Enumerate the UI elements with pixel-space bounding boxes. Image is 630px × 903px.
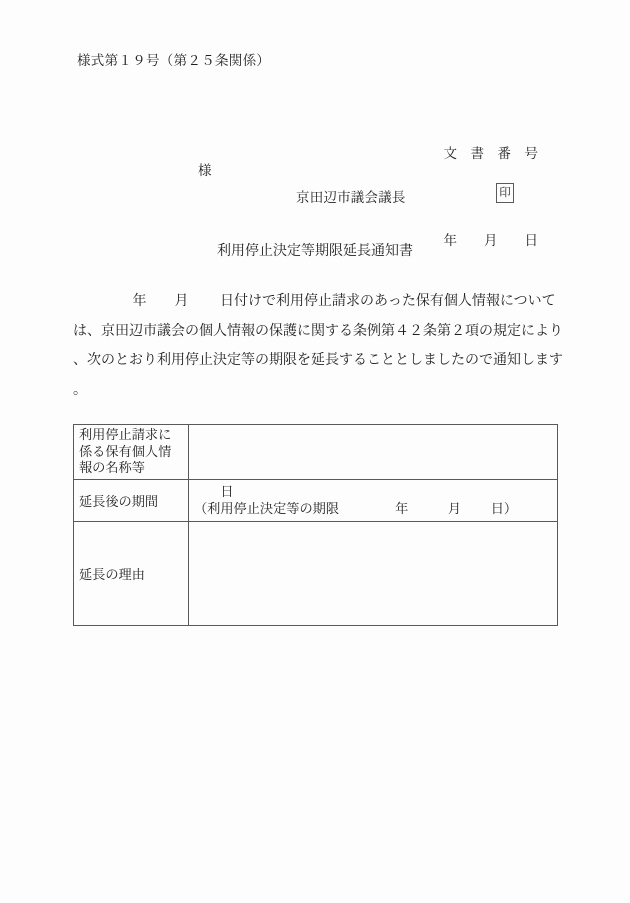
form-number: 様式第１９号（第２５条関係） — [77, 49, 270, 69]
table-row-period: 延長後の期間 日 （利用停止決定等の期限 年 月 日） — [74, 479, 558, 521]
document-title: 利用停止決定等期限延長通知書 — [0, 240, 630, 260]
label-line: 報の名称等 — [79, 460, 184, 477]
body-line-4: 。 — [73, 376, 569, 406]
body-line-3: 、次のとおり利用停止決定等の期限を延長することとしましたので通知します — [73, 346, 569, 376]
period-value-line-1: 日 — [194, 483, 553, 500]
document-page: 様式第１９号（第２５条関係） 文 書 番 号 年 月 日 様 京田辺市議会議長 … — [0, 0, 630, 903]
row-name-label-cell: 利用停止請求に 係る保有個人情 報の名称等 — [74, 425, 189, 480]
period-value-line-2: （利用停止決定等の期限 年 月 日） — [194, 500, 553, 517]
row-period-label-cell: 延長後の期間 — [74, 479, 189, 521]
row-name-value-cell — [189, 425, 558, 480]
body-paragraph: 年 月 日付けで利用停止請求のあった保有個人情報について は、京田辺市議会の個人… — [73, 287, 569, 405]
table-row-name: 利用停止請求に 係る保有個人情 報の名称等 — [74, 425, 558, 480]
label-line: 利用停止請求に — [79, 427, 184, 444]
body-line-2: は、京田辺市議会の個人情報の保護に関する条例第４２条第２項の規定により — [73, 317, 569, 347]
row-reason-value-cell — [189, 521, 558, 625]
row-period-value-cell: 日 （利用停止決定等の期限 年 月 日） — [189, 479, 558, 521]
doc-number-line: 文 書 番 号 — [444, 139, 539, 168]
seal-box: 印 — [496, 183, 514, 203]
form-table: 利用停止請求に 係る保有個人情 報の名称等 延長後の期間 日 （利用停止決定等の… — [73, 424, 558, 626]
sender-title: 京田辺市議会議長 — [296, 186, 406, 206]
row-reason-label-cell: 延長の理由 — [74, 521, 189, 625]
body-line-1: 年 月 日付けで利用停止請求のあった保有個人情報について — [73, 287, 569, 317]
label-line: 係る保有個人情 — [79, 444, 184, 461]
table-row-reason: 延長の理由 — [74, 521, 558, 625]
header-right-block: 文 書 番 号 年 月 日 — [444, 81, 539, 313]
addressee-honorific: 様 — [198, 159, 212, 179]
